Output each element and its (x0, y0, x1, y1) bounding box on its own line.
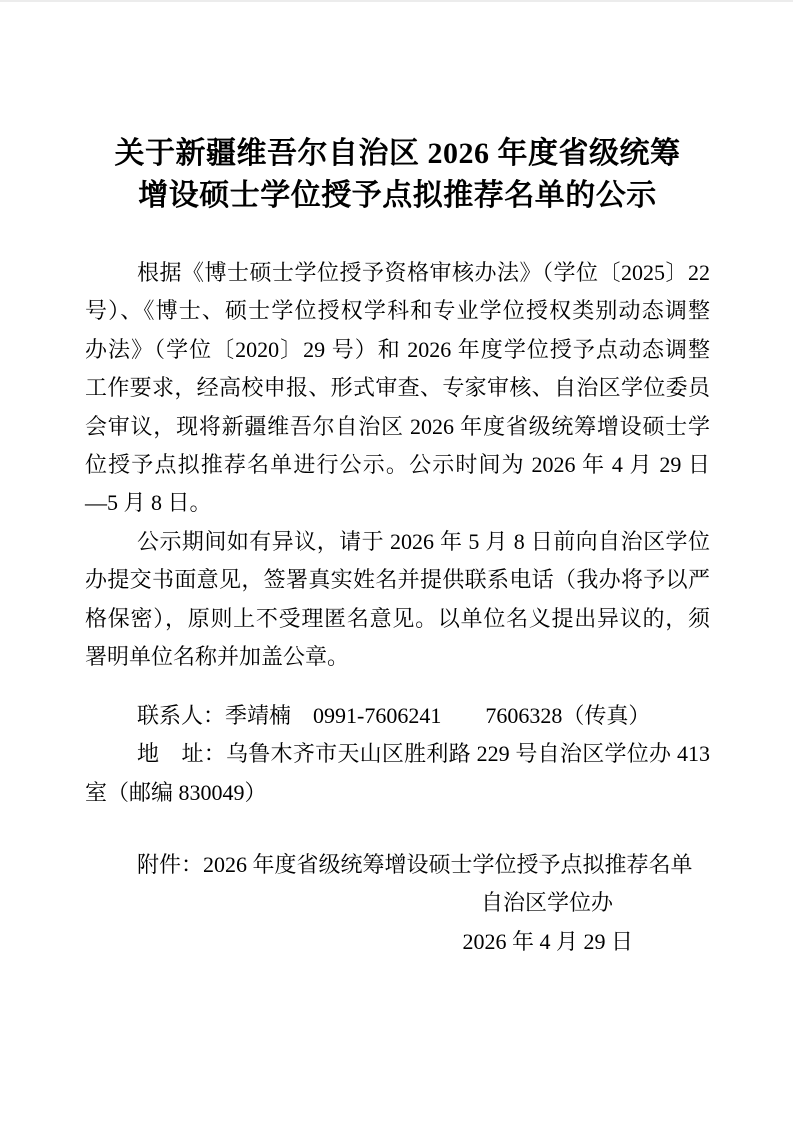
paragraph1-line: 根据《博士硕士学位授予资格审核办法》（学位〔2025〕22 (85, 254, 710, 292)
signature-line: 自治区学位办 (85, 884, 710, 922)
date-line: 2026 年 4 月 29 日 (85, 923, 710, 961)
paragraph2-line: 格保密），原则上不受理匿名意见。以单位名义提出异议的，须 (85, 600, 710, 638)
title-line-2: 增设硕士学位授予点拟推荐名单的公示 (85, 175, 710, 217)
contact-info: 联系人：季靖楠 0991-7606241 7606328（传真） 地 址：乌鲁木… (85, 697, 710, 812)
paragraph1-line: 会审议，现将新疆维吾尔自治区 2026 年度省级统筹增设硕士学 (85, 408, 710, 446)
closing-section: 附件：2026 年度省级统筹增设硕士学位授予点拟推荐名单 自治区学位办 2026… (85, 846, 710, 961)
paragraph1-line: 办法》（学位〔2020〕29 号）和 2026 年度学位授予点动态调整 (85, 331, 710, 369)
paragraph1-line: 工作要求，经高校申报、形式审查、专家审核、自治区学位委员 (85, 369, 710, 407)
paragraph1-line: —5 月 8 日。 (85, 484, 710, 522)
title-line-1: 关于新疆维吾尔自治区 2026 年度省级统筹 (85, 133, 710, 175)
paragraph1-line: 号）、《博士、硕士学位授权学科和专业学位授权类别动态调整 (85, 292, 710, 330)
attachment-line: 附件：2026 年度省级统筹增设硕士学位授予点拟推荐名单 (85, 846, 710, 884)
document-title: 关于新疆维吾尔自治区 2026 年度省级统筹 增设硕士学位授予点拟推荐名单的公示 (85, 133, 710, 217)
contact-address-line: 地 址：乌鲁木齐市天山区胜利路 229 号自治区学位办 413 (85, 735, 710, 773)
contact-person-line: 联系人：季靖楠 0991-7606241 7606328（传真） (85, 697, 710, 735)
paragraph1-line: 位授予点拟推荐名单进行公示。公示时间为 2026 年 4 月 29 日 (85, 446, 710, 484)
paragraph2-line: 公示期间如有异议，请于 2026 年 5 月 8 日前向自治区学位 (85, 523, 710, 561)
announcement-page: 关于新疆维吾尔自治区 2026 年度省级统筹 增设硕士学位授予点拟推荐名单的公示… (0, 0, 793, 1122)
paragraph2-line: 署明单位名称并加盖公章。 (85, 638, 710, 676)
contact-address-line: 室（邮编 830049） (85, 774, 710, 812)
body-text: 根据《博士硕士学位授予资格审核办法》（学位〔2025〕22 号）、《博士、硕士学… (85, 254, 710, 676)
paragraph2-line: 办提交书面意见，签署真实姓名并提供联系电话（我办将予以严 (85, 561, 710, 599)
